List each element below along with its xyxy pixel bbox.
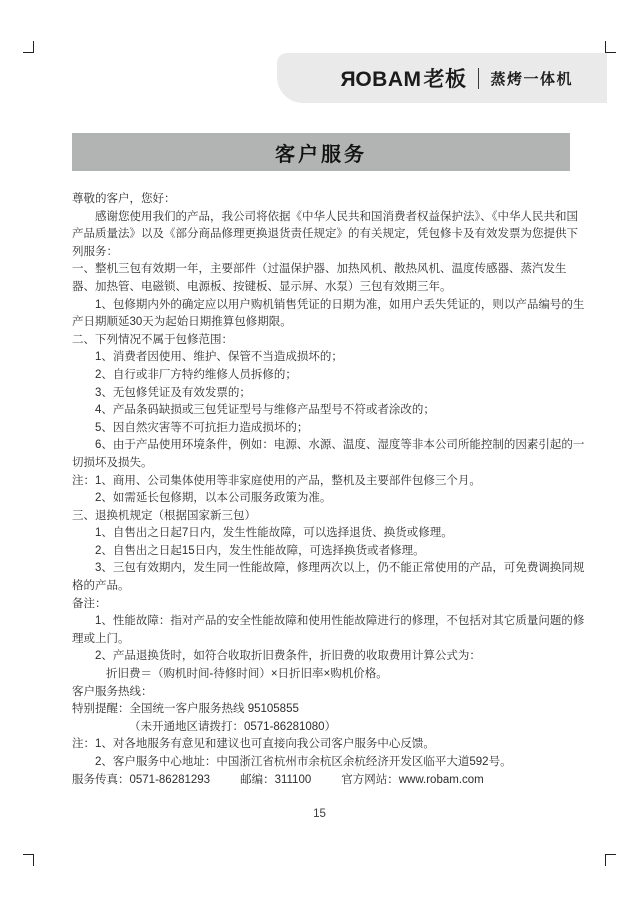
text-line: 1、性能故障：指对产品的安全性能故障和使用性能故障进行的修理，不包括对其它质量问…	[72, 613, 572, 631]
text-segment: 服务传真：0571-86281293	[72, 774, 210, 786]
text-line: （未开通地区请拨打：0571-86281080）	[72, 719, 572, 737]
text-line: 4、产品条码缺损或三包凭证型号与维修产品型号不符或者涂改的；	[72, 402, 572, 420]
robam-logo-reversed-r: R	[340, 68, 356, 92]
text-line: 产日期顺延30天为起始日期推算包修期限。	[72, 314, 572, 332]
robam-logo-latin: OBAM	[355, 68, 421, 91]
text-line: 切损坏及损失。	[72, 455, 572, 473]
crop-mark-bottom-right	[605, 854, 616, 866]
text-line: 3、三包有效期内，发生同一性能故障，修理两次以上，仍不能正常使用的产品，可免费调…	[72, 560, 572, 578]
text-line: 1、消费者因使用、维护、保管不当造成损坏的；	[72, 349, 572, 367]
text-line: 1、包修期内外的确定应以用户购机销售凭证的日期为准，如用户丢失凭证的，则以产品编…	[72, 297, 572, 315]
header-brand-band: ROBAM老板 蒸烤一体机	[277, 53, 607, 103]
text-line: 一、整机三包有效期一年，主要部件（过温保护器、加热风机、散热风机、温度传感器、蒸…	[72, 261, 572, 279]
text-line: 5、因自然灾害等不可抗拒力造成损坏的；	[72, 420, 572, 438]
robam-logo-chinese: 老板	[423, 68, 466, 91]
text-line: 二、下列情况不属于包修范围：	[72, 332, 572, 350]
text-line: 理或上门。	[72, 631, 572, 649]
warranty-body-text: 尊敬的客户，您好：感谢您使用我们的产品，我公司将依据《中华人民共和国消费者权益保…	[72, 191, 572, 789]
crop-mark-top-left	[23, 41, 34, 53]
text-line: 2、如需延长包修期，以本公司服务政策为准。	[72, 490, 572, 508]
text-line: 折旧费＝（购机时间-待修时间）×日折旧率×购机价格。	[72, 666, 572, 684]
text-line: 特别提醒：全国统一客户服务热线 95105855	[72, 701, 572, 719]
text-line: 2、自行或非厂方特约维修人员拆修的；	[72, 367, 572, 385]
text-line: 产品质量法》以及《部分商品修理更换退货责任规定》的有关规定，凭包修卡及有效发票为…	[72, 226, 572, 244]
section-title: 客户服务	[275, 138, 367, 167]
crop-mark-bottom-left	[23, 854, 34, 866]
text-line: 2、客户服务中心地址：中国浙江省杭州市余杭区余杭经济开发区临平大道592号。	[72, 754, 572, 772]
text-segment: 邮编：311100	[240, 774, 311, 786]
text-line: 1、自售出之日起7日内，发生性能故障，可以选择退货、换货或修理。	[72, 525, 572, 543]
text-line: 3、无包修凭证及有效发票的；	[72, 385, 572, 403]
crop-mark-top-right	[605, 41, 616, 53]
text-line: 格的产品。	[72, 578, 572, 596]
product-name-label: 蒸烤一体机	[490, 68, 573, 89]
text-line: 尊敬的客户，您好：	[72, 191, 572, 209]
text-line: 2、产品退换货时，如符合收取折旧费条件，折旧费的收取费用计算公式为：	[72, 648, 572, 666]
text-line: 三、退换机规定（根据国家新三包）	[72, 508, 572, 526]
text-line: 列服务：	[72, 244, 572, 262]
robam-logo: ROBAM老板	[340, 63, 467, 93]
text-line: 注：1、对各地服务有意见和建议也可直接向我公司客户服务中心反馈。	[72, 736, 572, 754]
section-title-banner: 客户服务	[72, 133, 570, 171]
text-line: 器、加热管、电磁锁、电源板、按键板、显示屏、水泵）三包有效期三年。	[72, 279, 572, 297]
text-line: 客户服务热线：	[72, 684, 572, 702]
manual-page: ROBAM老板 蒸烤一体机 客户服务 尊敬的客户，您好：感谢您使用我们的产品，我…	[0, 0, 639, 909]
text-line: 6、由于产品使用环境条件，例如：电源、水源、温度、湿度等非本公司所能控制的因素引…	[72, 437, 572, 455]
text-line: 备注：	[72, 596, 572, 614]
text-segment: 官方网站：www.robam.com	[341, 774, 484, 786]
text-line: 服务传真：0571-86281293邮编：311100官方网站：www.roba…	[72, 772, 572, 790]
brand-divider-line	[478, 68, 479, 89]
text-line: 注：1、商用、公司集体使用等非家庭使用的产品，整机及主要部件包修三个月。	[72, 473, 572, 491]
text-line: 感谢您使用我们的产品，我公司将依据《中华人民共和国消费者权益保护法》、《中华人民…	[72, 209, 572, 227]
text-line: 2、自售出之日起15日内，发生性能故障，可选择换货或者修理。	[72, 543, 572, 561]
page-number: 15	[0, 808, 639, 820]
